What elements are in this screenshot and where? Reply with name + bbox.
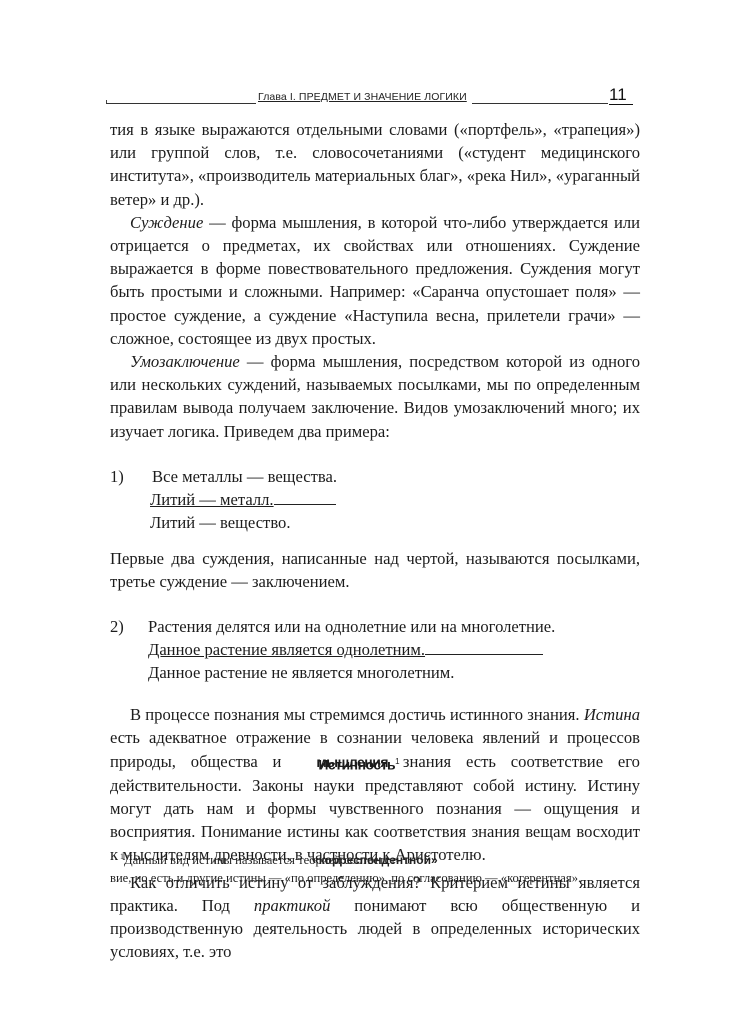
example-number: 2): [110, 615, 124, 638]
conclusion: Литий — вещество.: [150, 511, 337, 534]
premise-minor: Литий — металл.: [150, 490, 274, 509]
premise-minor: Данное растение является однолетним.: [148, 640, 425, 659]
truth-text-a: В процессе познания мы стремимся достичь…: [130, 705, 584, 724]
header-rule-left: [106, 103, 256, 104]
inference-line: [425, 639, 543, 655]
inference-line: [274, 489, 336, 505]
footnote-line-2: вие, но есть и другие истины — «по опред…: [110, 869, 650, 887]
conclusion: Данное растение не является многолетним.: [148, 661, 555, 684]
term-judgement: Суждение: [130, 213, 203, 232]
chapter-title: Глава I. ПРЕДМЕТ И ЗНАЧЕНИЕ ЛОГИКИ: [258, 91, 467, 103]
syllogism-example-1: 1) Все металлы — вещества. Литий — метал…: [110, 465, 640, 535]
header-rule-right: [472, 103, 608, 104]
paragraph-judgement-text: — форма мышления, в которой что-либо утв…: [110, 213, 640, 348]
paragraph-continued: тия в языке выражаются отдельными словам…: [110, 118, 640, 211]
overlap-word-b-text: Истинность: [318, 756, 395, 772]
paragraph-inference: Умозаключение — форма мышления, посредст…: [110, 350, 640, 443]
premise-major: Растения делятся или на однолетние или н…: [148, 615, 555, 638]
overlap-word-b: Истинность1: [298, 750, 399, 777]
example-number: 1): [110, 465, 124, 488]
footnote-line-1: 1Данный вид истины называется теорией со…: [110, 848, 650, 869]
footnote-overlap-b: «корреспондентной»: [312, 851, 438, 869]
premise-major: Все металлы — вещества.: [150, 465, 337, 488]
premise-minor-row: Литий — металл.: [150, 488, 337, 511]
premise-minor-row: Данное растение является однолетним.: [148, 638, 555, 661]
footnote: 1Данный вид истины называется теорией со…: [110, 848, 650, 887]
running-head: Глава I. ПРЕДМЕТ И ЗНАЧЕНИЕ ЛОГИКИ 11: [106, 90, 636, 106]
paragraph-premises-note: Первые два суждения, написанные над черт…: [110, 547, 640, 593]
overlapping-text: мышленияИстинность1: [296, 750, 388, 774]
book-page: Глава I. ПРЕДМЕТ И ЗНАЧЕНИЕ ЛОГИКИ 11 ти…: [0, 0, 729, 1024]
paragraph-truth: В процессе познания мы стремимся достичь…: [110, 703, 640, 866]
term-practice: практикой: [254, 896, 330, 915]
footnote-text-a: Данный вид истины называется: [124, 853, 298, 867]
term-truth: Истина: [584, 705, 640, 724]
syllogism-example-2: 2) Растения делятся или на однолетние ил…: [110, 615, 640, 685]
term-inference: Умозаключение: [130, 352, 240, 371]
footnote-ref[interactable]: 1: [395, 757, 399, 766]
page-number: 11: [609, 86, 633, 105]
footnote-overlapping-text: теорией соответст-«корреспондентной»: [298, 851, 400, 869]
body-text: тия в языке выражаются отдельными словам…: [110, 118, 640, 963]
paragraph-judgement: Суждение — форма мышления, в которой что…: [110, 211, 640, 350]
